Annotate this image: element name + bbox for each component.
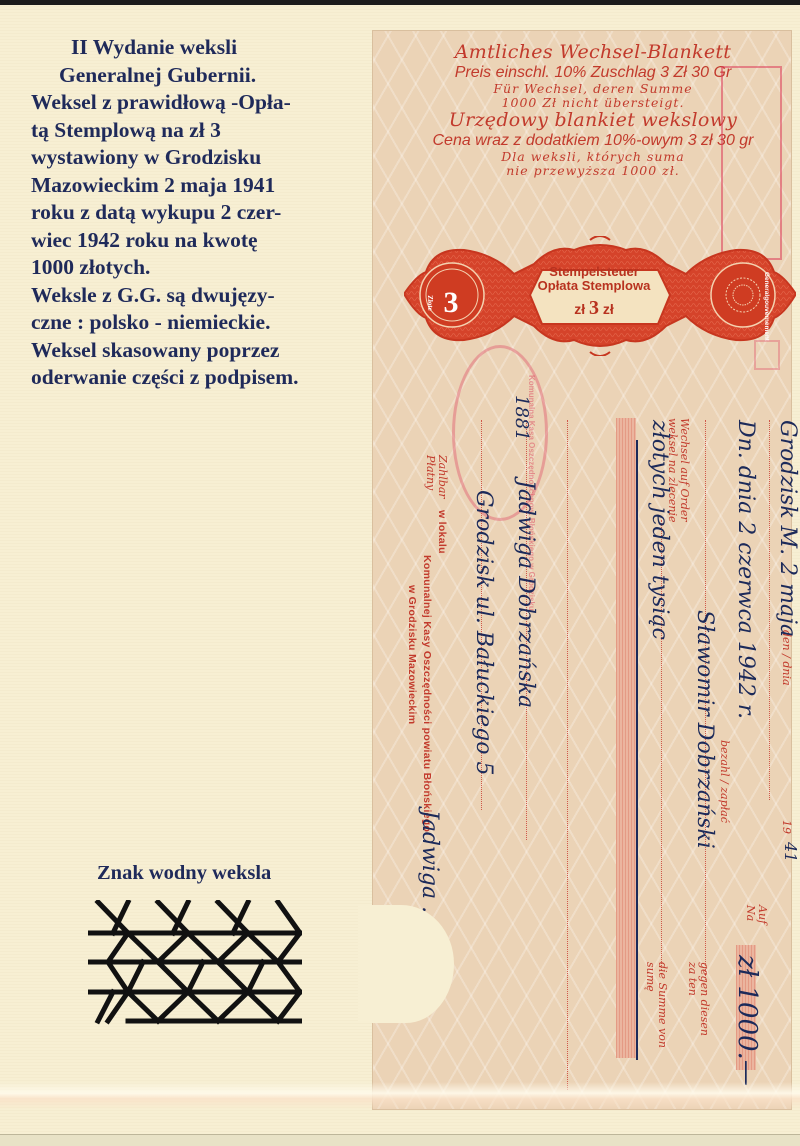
description-line: Generalnej Gubernii. — [31, 62, 371, 90]
tax-stamp-line-pl: Opłata Stemplowa — [532, 279, 656, 293]
label-year: 19 — [780, 820, 792, 834]
tax-stamp-currency: zł — [574, 301, 585, 317]
description-line: wiec 1942 roku na kwotę — [31, 227, 371, 255]
tax-stamp-unit: Złote — [403, 295, 457, 311]
handwritten-ref-number: 1881 — [511, 395, 532, 441]
description-line: oderwanie części z podpisem. — [31, 364, 371, 392]
watermark-weave-icon — [88, 900, 302, 1032]
handwritten-drawee-address: Grodzisk ul. Bałuckiego 5 — [471, 490, 496, 775]
tax-stamp-denomination: Złote 3 — [424, 276, 478, 330]
label-summe: die Summe vonsumę — [644, 962, 668, 1048]
handwritten-amount: zł 1000.— — [732, 955, 762, 1086]
label-den: den / dnia — [780, 630, 792, 686]
tax-stamp-emblem-text: Generalgouvernement — [710, 272, 770, 332]
description-line: Weksel z prawidłową -Opła- — [31, 89, 371, 117]
label-gegen: gegen diesenza ten — [686, 962, 710, 1036]
label-bank-city: w Grodzisku Mazowieckim — [406, 585, 418, 724]
header-title-de: Amtliches Wechsel-Blankett — [403, 42, 783, 63]
handwritten-year: 41 — [781, 842, 800, 862]
description-line: tą Stemplową na zł 3 — [31, 117, 371, 145]
label-bezahl: bezahl / zapłać — [718, 740, 730, 823]
description-line: Weksle z G.G. są dwujęzy- — [31, 282, 371, 310]
tax-stamp-label: Stempelsteuer Opłata Stemplowa zł 3 zł — [532, 265, 656, 316]
torn-signature-area — [358, 905, 454, 1023]
scan-bottom-edge — [0, 1134, 800, 1146]
description-line: 1000 złotych. — [31, 254, 371, 282]
description-line: czne : polsko - niemieckie. — [31, 309, 371, 337]
description-line: Weksel skasowany poprzez — [31, 337, 371, 365]
scan-glare — [0, 1082, 800, 1110]
label-bank: Komunalnej Kasy Oszczędności powiatu Bło… — [421, 555, 433, 832]
description-line: wystawiony w Grodzisku — [31, 144, 371, 172]
label-w-lokalu: w lokalu — [436, 510, 448, 554]
handwritten-drawee-name: Jadwiga Dobrzańska — [513, 480, 538, 708]
description-line: Mazowieckim 2 maja 1941 — [31, 172, 371, 200]
label-amount: AufNa — [744, 905, 768, 924]
description-text: II Wydanie weksli Generalnej Gubernii. W… — [31, 34, 371, 392]
watermark-title: Znak wodny weksla — [97, 862, 271, 885]
tax-stamp-line-de: Stempelsteuer — [532, 265, 656, 279]
cancel-mark — [754, 340, 780, 370]
signature-line — [567, 420, 568, 1090]
amount-fill-line — [636, 440, 638, 1060]
date-line — [769, 420, 770, 800]
description-line: II Wydanie weksli — [31, 34, 371, 62]
nowe-overprint-stamp: NOWE — [721, 66, 782, 260]
tax-stamp-amount: 3 — [589, 297, 599, 319]
handwritten-amount-words: złotych jeden tysiąc — [647, 420, 672, 640]
amount-words-stripe — [616, 418, 636, 1058]
tax-stamp-currency: zł — [603, 301, 614, 317]
handwritten-place-date: Grodzisk M. 2 maja — [775, 420, 800, 637]
description-line: roku z datą wykupu 2 czer- — [31, 199, 371, 227]
tax-stamp-value: zł 3 zł — [532, 301, 656, 316]
label-zahlbar: ZahlbarPłatny — [424, 455, 448, 499]
handwritten-payee: Sławomir Dobrzański — [692, 610, 717, 849]
handwritten-due-date: Dn. dnia 2 czerwca 1942 r. — [733, 420, 758, 719]
